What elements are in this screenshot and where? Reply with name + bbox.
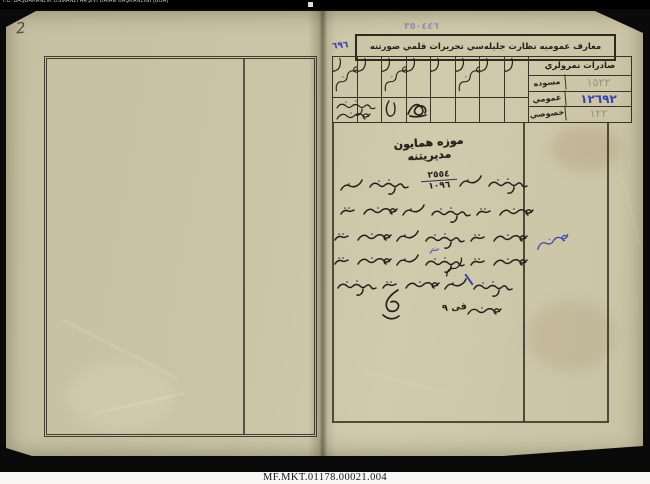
archive-scan-viewer: T.C. BAŞBAKANLIK OSMANLI ARŞİVİ DAİRE BA… <box>0 0 650 484</box>
handwritten-line <box>466 303 512 321</box>
letter-salutation: موزه همايون مديريتنه <box>374 132 484 165</box>
numbers-box-header: صادرات نمرولري <box>529 57 631 76</box>
column-header-cell <box>358 57 383 97</box>
outgoing-numbers-box: صادرات نمرولري مسوده ١٥٢٢ عمومي ١٢٦٩٢ خص… <box>529 57 631 122</box>
margin-rule-inner <box>523 123 525 422</box>
archive-reference-code: MF.MKT.01178.00021.004 <box>263 472 387 483</box>
register-row-label: خصوصي <box>528 106 566 124</box>
margin-rule-outer <box>607 123 609 422</box>
blue-margin-script <box>533 235 558 258</box>
table-data-cell <box>358 98 383 122</box>
column-header-cell <box>382 57 407 97</box>
handwritten-line <box>333 231 512 249</box>
register-row-value: ١٢٦٩٢ <box>566 92 631 107</box>
column-header-script <box>480 57 505 89</box>
column-header-script <box>431 57 456 89</box>
table-data-cell <box>456 98 481 122</box>
paper-crease <box>621 178 640 246</box>
document-paper: 2 ٣٥٠٤٤٦ ٦٩٦ معارف عموميه نظارت جليله‌سي… <box>6 11 643 456</box>
column-header-script <box>505 57 529 89</box>
fraction-denominator: ١٠٩٦ <box>421 180 458 192</box>
faint-blue-number: ٣٥٠٤٤٦ <box>404 21 439 32</box>
handwritten-line <box>339 205 512 223</box>
blue-insertion-mark <box>428 245 445 265</box>
column-header-cell <box>505 57 529 97</box>
bar-marker <box>308 2 313 7</box>
register-row: عمومي ١٢٦٩٢ <box>529 92 631 108</box>
table-cell-scribble <box>381 99 399 117</box>
column-header-script <box>407 57 432 89</box>
paper-stain <box>551 126 621 171</box>
archive-header-bar: T.C. BAŞBAKANLIK OSMANLI ARŞİVİ DAİRE BA… <box>0 0 650 9</box>
reference-fraction: ٢٥٥٤ ١٠٩٦ <box>420 169 457 192</box>
left-page-frame <box>44 56 317 437</box>
column-header-cell <box>407 57 432 97</box>
handwritten-line <box>333 255 506 273</box>
register-row: مسوده ١٥٢٢ <box>529 76 631 92</box>
frame-divider-line <box>243 59 245 434</box>
column-header-cell <box>333 57 358 97</box>
register-table: صادرات نمرولري مسوده ١٥٢٢ عمومي ١٢٦٩٢ خص… <box>332 56 632 123</box>
handwritten-line <box>339 179 419 197</box>
reference-footer: MF.MKT.01178.00021.004 <box>0 472 650 484</box>
register-row-label: مسوده <box>528 74 566 92</box>
column-header-cell <box>480 57 505 97</box>
blue-margin-note: ٦٩٦ <box>332 40 349 52</box>
column-header-cell <box>431 57 456 97</box>
table-cell-scribble <box>406 100 430 118</box>
signature-flourish <box>380 288 404 322</box>
letter-date-fragment: فى ٩ <box>442 301 468 314</box>
table-data-cell <box>480 98 505 122</box>
table-header-row <box>333 57 528 98</box>
table-data-cell <box>431 98 456 122</box>
table-columns-section <box>333 57 529 122</box>
handwritten-line <box>336 279 511 297</box>
column-header-script <box>358 57 383 89</box>
paper-crease <box>362 371 445 393</box>
register-row-value: ١٥٢٢ <box>566 76 631 91</box>
text-area-bottom-rule <box>332 421 609 423</box>
archive-name-label: T.C. BAŞBAKANLIK OSMANLI ARŞİVİ DAİRE BA… <box>2 0 168 4</box>
register-row: خصوصي ١٢٢ <box>529 107 631 122</box>
column-header-cell <box>456 57 481 97</box>
register-row-value: ١٢٢ <box>566 107 631 122</box>
table-data-cell <box>505 98 529 122</box>
paper-stain <box>526 301 616 371</box>
handwritten-line <box>458 176 512 194</box>
table-cell-scribble <box>335 110 361 128</box>
pencil-page-number: 2 <box>15 19 26 38</box>
